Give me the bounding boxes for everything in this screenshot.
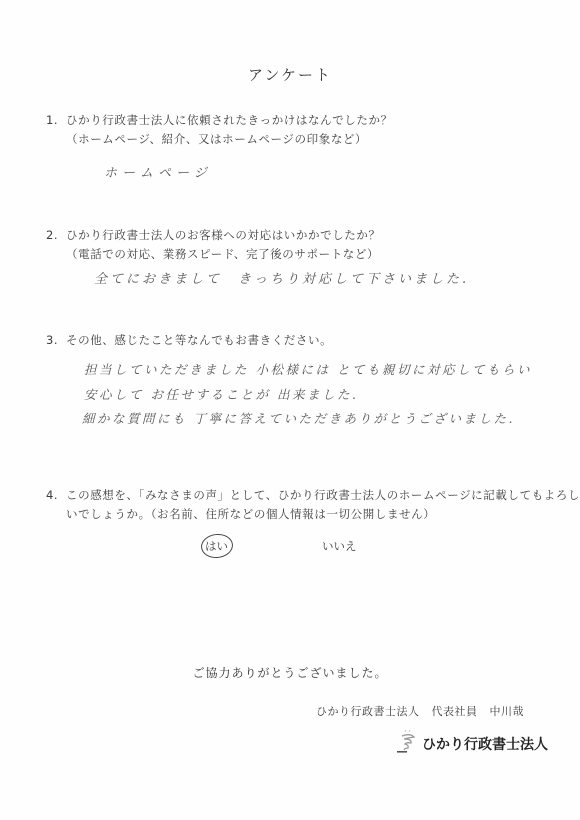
- question-3-number: 3.: [46, 333, 66, 347]
- question-2-line-1: 2.ひかり行政書士法人のお客様への対応はいかかでしたか？: [46, 227, 381, 243]
- question-2-text: ひかり行政書士法人のお客様への対応はいかかでしたか？: [66, 228, 381, 242]
- question-3-handwritten-line-3: 細かな質問にも 丁寧に答えていただきありがとうございました.: [82, 409, 515, 427]
- question-3-handwritten-line-1: 担当していただきました 小松様には とても親切に対応してもらい: [84, 360, 532, 378]
- closing-message: ご協力ありがとうございました。: [0, 664, 580, 681]
- signature-company: ひかり行政書士法人: [316, 705, 420, 718]
- choice-no[interactable]: いいえ: [322, 538, 357, 554]
- signature-name: 中川哉: [490, 705, 525, 718]
- page-title: アンケート: [0, 64, 580, 85]
- question-2-number: 2.: [46, 228, 66, 242]
- choice-yes-selected[interactable]: はい: [205, 538, 228, 554]
- question-4-line-2: いでしょうか。（お名前、住所などの個人情報は一切公開しません）: [66, 506, 435, 522]
- question-3-line-1: 3.その他、感じたこと等なんでもお書きください。: [46, 332, 332, 348]
- question-1-handwritten-answer: ホームページ: [104, 162, 212, 181]
- question-1-line-1: 1.ひかり行政書士法人に依頼されたきっかけはなんでしたか？: [46, 112, 393, 128]
- question-1-line-2: （ホームページ、紹介、又はホームページの印象など）: [66, 131, 367, 147]
- tornado-swirl-icon: [396, 730, 418, 754]
- question-1-text: ひかり行政書士法人に依頼されたきっかけはなんでしたか？: [66, 113, 393, 127]
- question-3-text: その他、感じたこと等なんでもお書きください。: [66, 333, 332, 347]
- question-2-line-2: （電話での対応、業務スピード、完了後のサポートなど）: [66, 246, 379, 262]
- question-4-line-1: 4.この感想を、「みなさまの声」として、ひかり行政書士法人のホームページに記載し…: [46, 487, 580, 503]
- signature-title: 代表社員: [432, 705, 478, 718]
- question-1-number: 1.: [46, 113, 66, 127]
- company-logo: ひかり行政書士法人: [396, 730, 548, 754]
- logo-text: ひかり行政書士法人: [422, 734, 548, 754]
- question-4-number: 4.: [46, 488, 66, 502]
- question-4-text: この感想を、「みなさまの声」として、ひかり行政書士法人のホームページに記載しても…: [66, 488, 580, 502]
- question-3-handwritten-line-2: 安心して お任せすることが 出来ました.: [84, 385, 358, 403]
- survey-page: アンケート 1.ひかり行政書士法人に依頼されたきっかけはなんでしたか？ （ホーム…: [0, 0, 580, 820]
- question-2-handwritten-answer: 全てにおきまして きっちり対応して下さいました.: [94, 268, 469, 287]
- signature-line: ひかり行政書士法人代表社員中川哉: [316, 703, 524, 719]
